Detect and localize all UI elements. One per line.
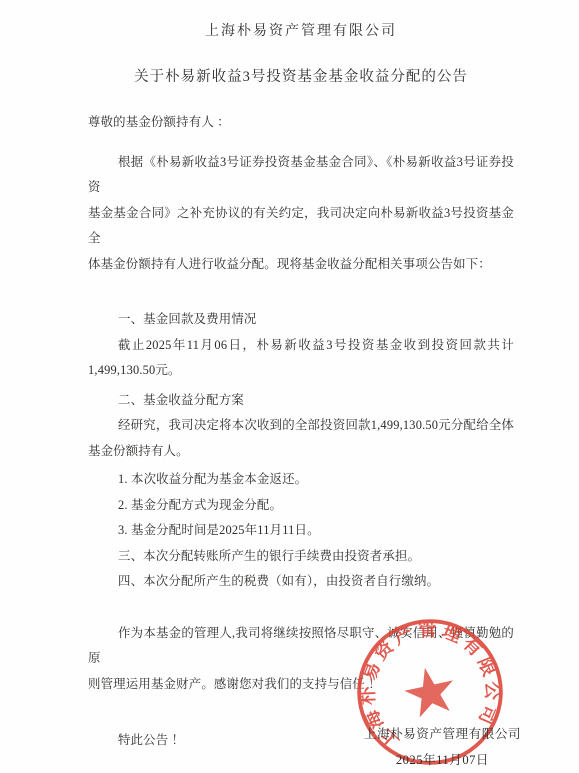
closing-line-2: 则管理运用基金财产。感谢您对我们的支持与信任 ！ <box>88 672 514 698</box>
greeting-line: 尊敬的基金份额持有人 ： <box>88 110 514 136</box>
section-1-heading: 一、基金回款及费用情况 <box>88 307 514 333</box>
section-2-line-1: 经研究，我司决定将本次收到的全部投资回款1,499,130.50元分配给全体 <box>88 413 514 439</box>
signature-date: 2025年11月07日 <box>364 747 521 773</box>
list-item-2: 2. 基金分配方式为现金分配。 <box>88 493 514 519</box>
company-title: 上海朴易资产管理有限公司 <box>88 22 514 42</box>
paragraph-1-line-1: 根据《朴易新收益3号证券投资基金基金合同》、《朴易新收益3号证券投资 <box>88 150 514 201</box>
announcement-title: 关于朴易新收益3号投资基金基金收益分配的公告 <box>88 66 514 88</box>
announcement-document: 上海朴易资产管理有限公司 关于朴易新收益3号投资基金基金收益分配的公告 尊敬的基… <box>0 0 579 773</box>
section-2-heading: 二、基金收益分配方案 <box>88 388 514 414</box>
list-item-1: 1. 本次收益分配为基金本金返还。 <box>88 467 514 493</box>
paragraph-1-line-3: 体基金份额持有人进行收益分配。现将基金收益分配相关事项公告如下： <box>88 252 514 278</box>
section-1-line-1: 截止2025年11月06日，朴易新收益3号投资基金收到投资回款共计 <box>88 333 514 359</box>
signature-company: 上海朴易资产管理有限公司 <box>364 721 521 747</box>
paragraph-1-line-2: 基金基金合同》之补充协议的有关约定，我司决定向朴易新收益3号投资基金全 <box>88 201 514 252</box>
section-1-line-2: 1,499,130.50元。 <box>88 358 514 384</box>
section-3-line: 三、本次分配转账所产生的银行手续费由投资者承担。 <box>88 544 514 570</box>
closing-line-1: 作为本基金的管理人,我司将继续按照恪尽职守、诚实信用、谨慎勤勉的原 <box>88 621 514 672</box>
section-4-line: 四、本次分配所产生的税费（如有），由投资者自行缴纳。 <box>88 569 514 595</box>
signature-block: 上海朴易资产管理有限公司 2025年11月07日 <box>364 721 521 773</box>
list-item-3: 3. 基金分配时间是2025年11月11日。 <box>88 518 514 544</box>
section-2-line-2: 基金份额持有人。 <box>88 439 514 465</box>
